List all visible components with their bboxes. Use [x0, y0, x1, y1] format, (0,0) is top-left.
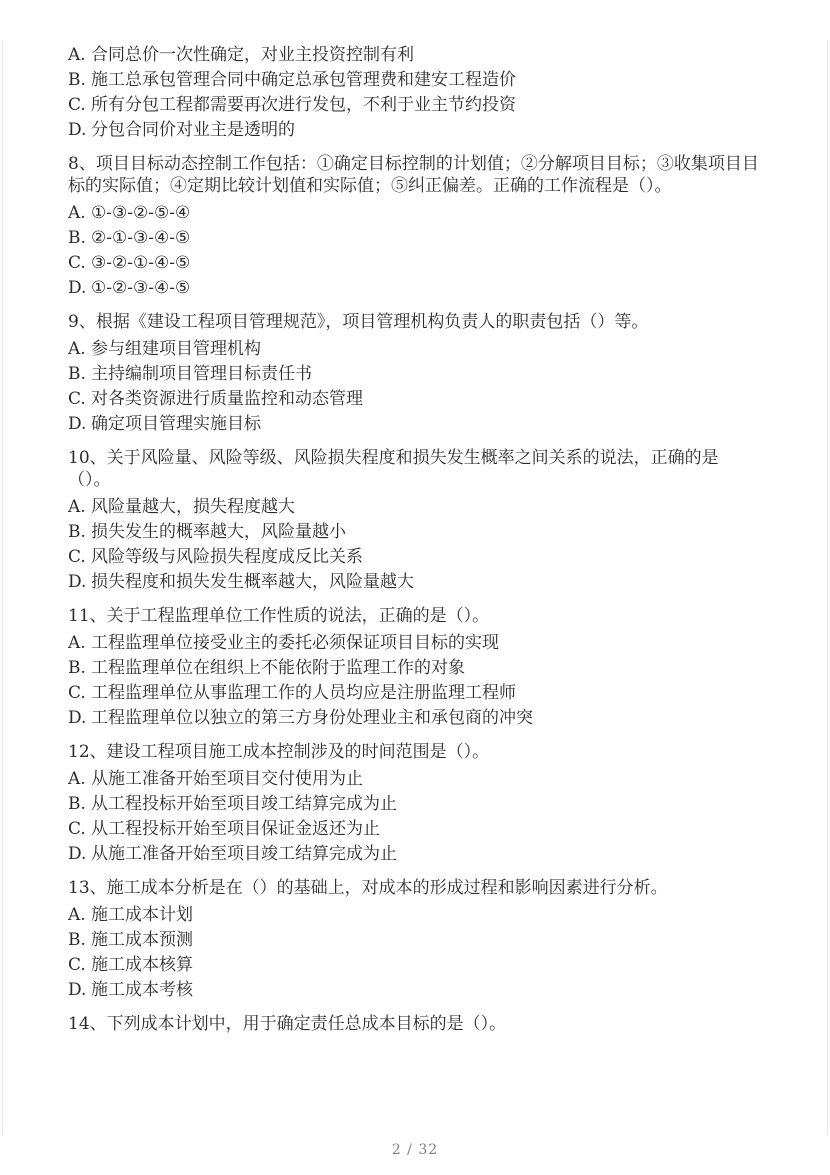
option-text: 从施工准备开始至项目交付使用为止: [91, 769, 363, 789]
option-text: 所有分包工程都需要再次进行发包，不利于业主节约投资: [91, 95, 516, 115]
option-text: 对各类资源进行质量监控和动态管理: [91, 389, 363, 409]
option-text: 从施工准备开始至项目竣工结算完成为止: [91, 844, 397, 864]
option-text: 分包合同价对业主是透明的: [91, 120, 295, 140]
option-row: A.工程监理单位接受业主的委托必须保证项目目标的实现: [68, 632, 783, 654]
option-row: C.对各类资源进行质量监控和动态管理: [68, 388, 783, 410]
option-row: D.从施工准备开始至项目竣工结算完成为止: [68, 843, 783, 865]
option-text: 确定项目管理实施目标: [91, 414, 261, 434]
option-text: ①-②-③-④-⑤: [91, 278, 190, 298]
option-text: ③-②-①-④-⑤: [91, 253, 190, 273]
option-text: 施工成本考核: [91, 980, 193, 1000]
option-row: D.施工成本考核: [68, 979, 783, 1001]
option-label: B.: [68, 363, 91, 385]
option-row: C.③-②-①-④-⑤: [68, 252, 783, 274]
document-page: A.合同总价一次性确定，对业主投资控制有利B.施工总承包管理合同中确定总承包管理…: [2, 40, 828, 1135]
option-label: B.: [68, 929, 91, 951]
option-label: A.: [68, 44, 91, 66]
option-text: ①-③-②-⑤-④: [91, 203, 190, 223]
option-row: A.参与组建项目管理机构: [68, 338, 783, 360]
option-text: 工程监理单位接受业主的委托必须保证项目目标的实现: [91, 633, 499, 653]
option-label: A.: [68, 632, 91, 654]
option-label: D.: [68, 707, 91, 729]
option-label: C.: [68, 94, 91, 116]
option-row: D.工程监理单位以独立的第三方身份处理业主和承包商的冲突: [68, 707, 783, 729]
option-text: 损失程度和损失发生概率越大，风险量越大: [91, 572, 414, 592]
option-label: C.: [68, 818, 91, 840]
option-row: B.施工成本预测: [68, 929, 783, 951]
option-text: 施工成本预测: [91, 930, 193, 950]
option-text: 损失发生的概率越大，风险量越小: [91, 522, 346, 542]
question-block: 10、关于风险量、风险等级、风险损失程度和损失发生概率之间关系的说法，正确的是 …: [68, 447, 783, 593]
option-text: 工程监理单位在组织上不能依附于监理工作的对象: [91, 658, 465, 678]
option-text: 主持编制项目管理目标责任书: [91, 364, 312, 384]
option-label: B.: [68, 69, 91, 91]
option-label: A.: [68, 338, 91, 360]
question-text: 12、建设工程项目施工成本控制涉及的时间范围是（）。: [68, 741, 783, 763]
option-text: 从工程投标开始至项目保证金返还为止: [91, 819, 380, 839]
option-row: C.风险等级与风险损失程度成反比关系: [68, 546, 783, 568]
option-row: B.损失发生的概率越大，风险量越小: [68, 521, 783, 543]
option-label: C.: [68, 252, 91, 274]
question-text: 10、关于风险量、风险等级、风险损失程度和损失发生概率之间关系的说法，正确的是 …: [68, 447, 783, 491]
option-row: C.工程监理单位从事监理工作的人员均应是注册监理工程师: [68, 682, 783, 704]
question-block: 9、根据《建设工程项目管理规范》，项目管理机构负责人的职责包括（）等。A.参与组…: [68, 311, 783, 435]
option-label: C.: [68, 682, 91, 704]
option-label: B.: [68, 657, 91, 679]
option-row: A.施工成本计划: [68, 904, 783, 926]
option-row: A.风险量越大，损失程度越大: [68, 496, 783, 518]
option-label: A.: [68, 496, 91, 518]
option-label: C.: [68, 954, 91, 976]
option-text: 施工成本计划: [91, 905, 193, 925]
option-label: D.: [68, 979, 91, 1001]
option-row: D.分包合同价对业主是透明的: [68, 119, 783, 141]
option-label: C.: [68, 388, 91, 410]
question-text: 8、项目目标动态控制工作包括：①确定目标控制的计划值；②分解项目目标；③收集项目…: [68, 153, 783, 197]
option-row: A.①-③-②-⑤-④: [68, 202, 783, 224]
option-text: 施工成本核算: [91, 955, 193, 975]
option-row: A.从施工准备开始至项目交付使用为止: [68, 768, 783, 790]
option-text: 工程监理单位以独立的第三方身份处理业主和承包商的冲突: [91, 708, 533, 728]
option-label: C.: [68, 546, 91, 568]
questions-container: A.合同总价一次性确定，对业主投资控制有利B.施工总承包管理合同中确定总承包管理…: [68, 44, 783, 1035]
option-row: B.②-①-③-④-⑤: [68, 227, 783, 249]
option-text: 施工总承包管理合同中确定总承包管理费和建安工程造价: [91, 70, 516, 90]
question-block: 14、下列成本计划中，用于确定责任总成本目标的是（）。: [68, 1013, 783, 1035]
option-label: D.: [68, 119, 91, 141]
question-block: 12、建设工程项目施工成本控制涉及的时间范围是（）。A.从施工准备开始至项目交付…: [68, 741, 783, 865]
question-block: 8、项目目标动态控制工作包括：①确定目标控制的计划值；②分解项目目标；③收集项目…: [68, 153, 783, 299]
option-label: D.: [68, 843, 91, 865]
option-label: D.: [68, 571, 91, 593]
option-label: A.: [68, 904, 91, 926]
option-row: B.施工总承包管理合同中确定总承包管理费和建安工程造价: [68, 69, 783, 91]
option-text: 工程监理单位从事监理工作的人员均应是注册监理工程师: [91, 683, 516, 703]
page-footer: 2 / 32: [0, 1141, 830, 1159]
option-row: D.①-②-③-④-⑤: [68, 277, 783, 299]
option-row: A.合同总价一次性确定，对业主投资控制有利: [68, 44, 783, 66]
option-label: B.: [68, 521, 91, 543]
question-text: 14、下列成本计划中，用于确定责任总成本目标的是（）。: [68, 1013, 783, 1035]
option-row: C.所有分包工程都需要再次进行发包，不利于业主节约投资: [68, 94, 783, 116]
question-text: 11、关于工程监理单位工作性质的说法，正确的是（）。: [68, 605, 783, 627]
option-row: B.主持编制项目管理目标责任书: [68, 363, 783, 385]
option-text: ②-①-③-④-⑤: [91, 228, 190, 248]
question-text: 9、根据《建设工程项目管理规范》，项目管理机构负责人的职责包括（）等。: [68, 311, 783, 333]
option-label: B.: [68, 227, 91, 249]
page-number: 2 / 32: [392, 1142, 438, 1158]
option-label: D.: [68, 413, 91, 435]
option-row: D.损失程度和损失发生概率越大，风险量越大: [68, 571, 783, 593]
question-text: 13、施工成本分析是在（）的基础上，对成本的形成过程和影响因素进行分析。: [68, 877, 783, 899]
option-row: C.从工程投标开始至项目保证金返还为止: [68, 818, 783, 840]
option-text: 风险量越大，损失程度越大: [91, 497, 295, 517]
option-text: 参与组建项目管理机构: [91, 339, 261, 359]
question-block: 13、施工成本分析是在（）的基础上，对成本的形成过程和影响因素进行分析。A.施工…: [68, 877, 783, 1001]
option-row: B.从工程投标开始至项目竣工结算完成为止: [68, 793, 783, 815]
option-text: 合同总价一次性确定，对业主投资控制有利: [91, 45, 414, 65]
question-block: 11、关于工程监理单位工作性质的说法，正确的是（）。A.工程监理单位接受业主的委…: [68, 605, 783, 729]
option-label: B.: [68, 793, 91, 815]
question-block: A.合同总价一次性确定，对业主投资控制有利B.施工总承包管理合同中确定总承包管理…: [68, 44, 783, 141]
option-label: A.: [68, 768, 91, 790]
option-row: B.工程监理单位在组织上不能依附于监理工作的对象: [68, 657, 783, 679]
option-text: 风险等级与风险损失程度成反比关系: [91, 547, 363, 567]
option-label: D.: [68, 277, 91, 299]
option-row: C.施工成本核算: [68, 954, 783, 976]
option-label: A.: [68, 202, 91, 224]
option-row: D.确定项目管理实施目标: [68, 413, 783, 435]
option-text: 从工程投标开始至项目竣工结算完成为止: [91, 794, 397, 814]
